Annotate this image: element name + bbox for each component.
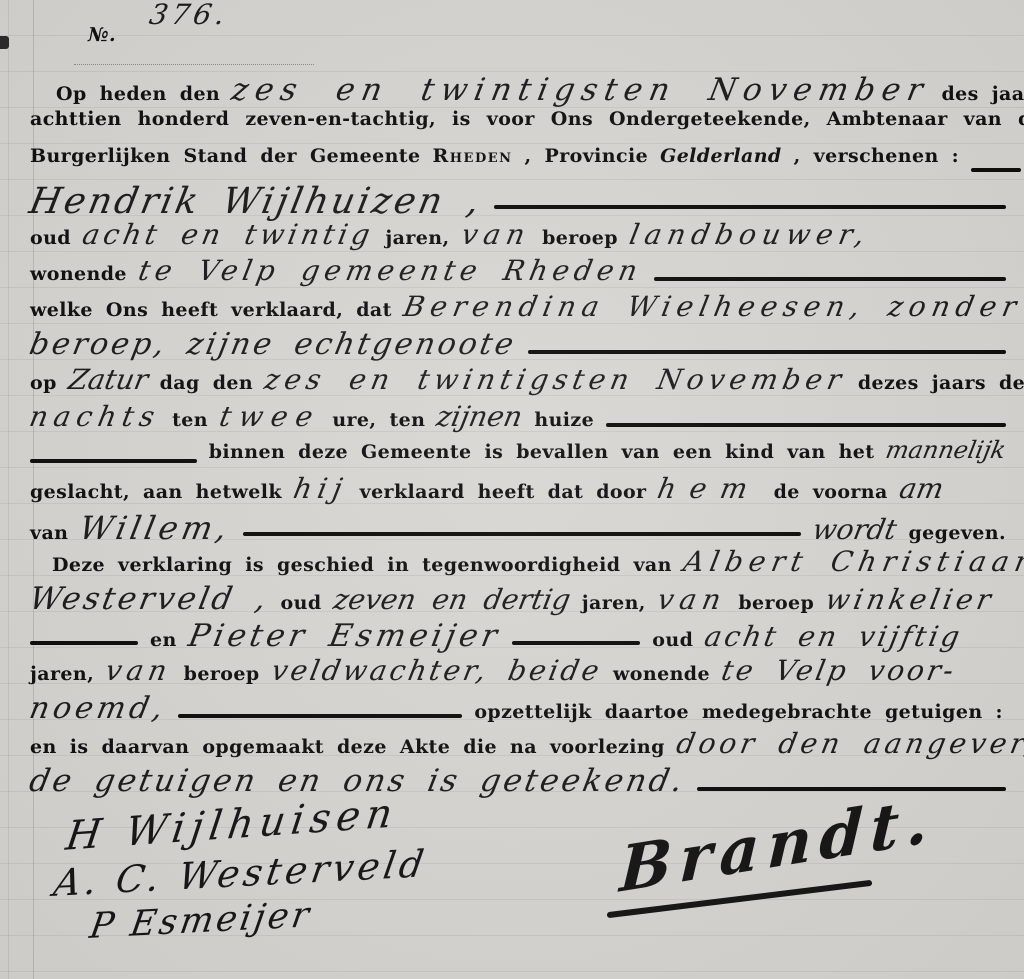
document-line: Op heden denzes en twintigsten Novemberd… — [30, 72, 1006, 108]
printed-text: Burgerlijken Stand der Gemeente — [30, 145, 420, 167]
fill-in-rule — [178, 714, 462, 718]
printed-text: gegeven. — [908, 522, 1006, 544]
document-line: opZaturdag denzes en twintigsten Novembe… — [30, 363, 1006, 399]
handwritten-text: zes en twintigsten November — [262, 363, 849, 396]
handwritten-text: van — [103, 654, 175, 687]
witness2-signature: P Esmeijer — [87, 895, 315, 947]
printed-text: welke Ons heeft verklaard, dat — [30, 299, 392, 321]
document-content: №. 376. Op heden denzes en twintigsten N… — [30, 8, 1006, 970]
printed-text: verklaard heeft dat door — [360, 481, 647, 503]
handwritten-text: Berendina Wielheesen, zonder — [401, 290, 1024, 323]
handwritten-text: zijnen — [434, 400, 525, 433]
handwritten-text: acht en twintig — [80, 218, 377, 251]
fill-in-rule — [30, 641, 138, 645]
handwritten-text: veldwachter, beide — [268, 654, 604, 687]
document-header: №. 376. — [30, 8, 1006, 72]
handwritten-text: Westerveld , — [27, 581, 273, 617]
fill-in-rule — [30, 459, 197, 463]
printed-text: van — [30, 522, 68, 544]
printed-text: achttien honderd zeven-en-tachtig, is vo… — [30, 108, 1024, 130]
handwritten-text: hij — [291, 472, 351, 505]
document-line: wonendete Velp gemeente Rheden — [30, 254, 1006, 290]
document-line: vanWillem,wordtgegeven. — [30, 509, 1006, 545]
printed-text: beroep — [738, 592, 814, 614]
document-line: achttien honderd zeven-en-tachtig, is vo… — [30, 108, 1006, 144]
printed-text: , Provincie — [525, 145, 649, 167]
fill-in-rule — [971, 168, 1021, 172]
document-line: Hendrik Wijlhuizen , — [30, 181, 1006, 217]
printed-text: jaren, — [30, 663, 94, 685]
handwritten-text: van — [655, 583, 730, 616]
printed-text: dezes jaars des — [858, 372, 1024, 394]
printed-text: opzettelijk daartoe medegebrachte getuig… — [474, 701, 1003, 723]
printed-text: op — [30, 372, 57, 394]
printed-text: oud — [281, 592, 322, 614]
handwritten-text: door den aangever, — [674, 727, 1024, 760]
record-number-underline — [74, 64, 314, 65]
handwritten-text: nachts — [27, 400, 163, 433]
handwritten-text: beroep, zijne echtgenoote — [27, 327, 520, 362]
handwritten-text: mannelijk — [884, 436, 1009, 464]
scan-artifact — [0, 36, 9, 49]
printed-text: jaren, — [385, 227, 449, 249]
fill-in-rule — [528, 350, 1006, 354]
handwritten-text: winkelier — [823, 583, 998, 616]
handwritten-text: zes en twintigsten November — [229, 72, 933, 108]
handwritten-text: wordt — [810, 513, 900, 546]
printed-text: des jaars — [941, 83, 1024, 105]
handwritten-text: acht en vijftig — [702, 620, 965, 653]
document-line: Westerveld ,oudzeven en dertigjaren,vanb… — [30, 581, 1006, 617]
handwritten-text: van — [458, 218, 533, 251]
signature-block: H WijlhuisenA. C. WesterveldP EsmeijerBr… — [30, 802, 1006, 970]
fill-in-rule — [243, 532, 801, 536]
printed-text: de voorna — [774, 481, 888, 503]
handwritten-text: Albert Christiaan — [681, 545, 1024, 578]
handwritten-text: am — [897, 472, 947, 505]
printed-text: oud — [652, 629, 693, 651]
registrar-signature: Brandt. — [618, 782, 938, 907]
printed-text: beroep — [542, 227, 618, 249]
printed-text: en is daarvan opgemaakt deze Akte die na… — [30, 736, 665, 758]
printed-text: jaren, — [582, 592, 646, 614]
printed-text: dag den — [160, 372, 253, 394]
document-line: oudacht en twintigjaren,vanberoeplandbou… — [30, 218, 1006, 254]
document-line: en is daarvan opgemaakt deze Akte die na… — [30, 727, 1006, 763]
document-line: binnen deze Gemeente is bevallen van een… — [30, 436, 1006, 472]
document-line: enPieter Esmeijeroudacht en vijftig — [30, 618, 1006, 654]
document-line: welke Ons heeft verklaard, datBerendina … — [30, 290, 1006, 326]
printed-text: oud — [30, 227, 71, 249]
printed-text: Gelderland — [660, 145, 782, 167]
handwritten-text: te Velp gemeente Rheden — [136, 254, 645, 287]
printed-text: Op heden den — [56, 83, 220, 105]
document-line: Burgerlijken Stand der GemeenteRheden, P… — [30, 145, 1006, 181]
handwritten-text: landbouwer, — [627, 218, 874, 251]
handwritten-text: Willem, — [77, 509, 235, 547]
printed-text: , verschenen : — [794, 145, 959, 167]
document-line: nachtstentweeure, tenzijnenhuize — [30, 400, 1006, 436]
handwritten-text: hem — [655, 472, 765, 505]
fill-in-rule — [654, 277, 1006, 281]
handwritten-text: Hendrik Wijlhuizen , — [26, 181, 486, 222]
printed-text: binnen deze Gemeente is bevallen van een… — [209, 441, 875, 463]
fill-in-rule — [512, 641, 640, 645]
handwritten-text: te Velp voor- — [719, 654, 960, 687]
printed-text: wonende — [30, 263, 127, 285]
document-scan: №. 376. Op heden denzes en twintigsten N… — [0, 0, 1024, 979]
handwritten-text: twee — [217, 400, 324, 433]
printed-text: Rheden — [432, 145, 512, 167]
document-line: Deze verklaring is geschied in tegenwoor… — [30, 545, 1006, 581]
fill-in-rule — [606, 423, 1006, 427]
printed-text: geslacht, aan hetwelk — [30, 481, 282, 503]
printed-text: ure, ten — [332, 409, 425, 431]
document-line: noemd,opzettelijk daartoe medegebrachte … — [30, 691, 1006, 727]
printed-text: ten — [172, 409, 208, 431]
document-line: beroep, zijne echtgenoote — [30, 327, 1006, 363]
handwritten-text: zeven en dertig — [330, 583, 573, 616]
fill-in-rule — [494, 205, 1006, 209]
printed-text: huize — [534, 409, 594, 431]
document-line: jaren,vanberoepveldwachter, beidewonende… — [30, 654, 1006, 690]
document-line: geslacht, aan hetwelkhijverklaard heeft … — [30, 472, 1006, 508]
printed-text: en — [150, 629, 177, 651]
printed-text: beroep — [184, 663, 260, 685]
handwritten-text: Zatur — [66, 363, 151, 396]
fill-in-rule — [697, 787, 1006, 791]
printed-text: Deze verklaring is geschied in tegenwoor… — [52, 554, 672, 576]
handwritten-text: noemd, — [27, 691, 170, 726]
handwritten-text: Pieter Esmeijer — [185, 618, 504, 654]
printed-text: wonende — [613, 663, 710, 685]
record-number-label: №. — [88, 24, 116, 46]
scan-edge-line — [8, 0, 9, 979]
record-number-value: 376. — [147, 0, 232, 31]
document-lines: Op heden denzes en twintigsten Novemberd… — [30, 72, 1006, 800]
